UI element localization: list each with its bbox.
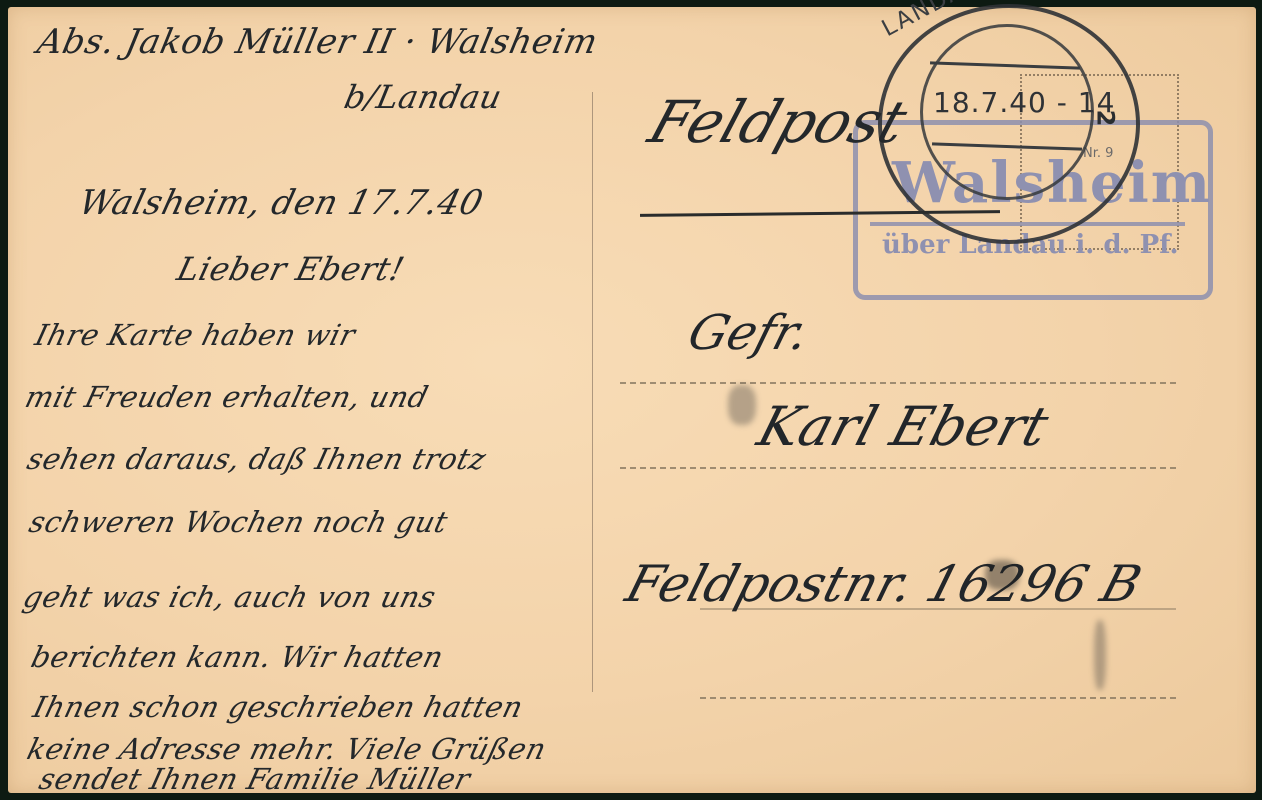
recipient-name: Karl Ebert — [751, 395, 1055, 458]
feldpost-marking: Feldpost — [641, 88, 915, 156]
address-line-4 — [700, 697, 1176, 699]
ink-drip — [1094, 620, 1106, 690]
address-line-1 — [620, 382, 1176, 384]
message-line: keine Adresse mehr. Viele Grüßen — [24, 732, 550, 766]
message-line: sehen daraus, daß Ihnen trotz — [24, 442, 490, 476]
ink-smudge — [728, 385, 756, 425]
recipient-feldpost-number: Feldpostnr. 16296 B — [620, 555, 1148, 613]
recipient-rank: Gefr. — [682, 305, 816, 361]
message-line: Ihre Karte haben wir — [32, 318, 359, 352]
address-line-2 — [620, 467, 1176, 469]
message-salutation: Lieber Ebert! — [173, 250, 408, 288]
postmark-date: 18.7.40 - 14 — [933, 86, 1115, 119]
message-dateline: Walsheim, den 17.7.40 — [75, 183, 487, 223]
message-line: geht was ich, auch von uns — [20, 580, 440, 614]
message-line: berichten kann. Wir hatten — [28, 640, 447, 674]
message-line: schweren Wochen noch gut — [26, 505, 452, 539]
sender-line-2: b/Landau — [341, 78, 505, 116]
message-signature: sendet Ihnen Familie Müller — [36, 762, 474, 796]
message-line: mit Freuden erhalten, und — [22, 380, 432, 414]
ink-smudge — [985, 560, 1019, 590]
center-divider-line — [592, 92, 593, 692]
message-line: Ihnen schon geschrieben hatten — [30, 690, 527, 724]
postmark-office-number: 2 — [1091, 110, 1119, 127]
sender-line-1: Abs. Jakob Müller II · Walsheim — [34, 22, 602, 62]
